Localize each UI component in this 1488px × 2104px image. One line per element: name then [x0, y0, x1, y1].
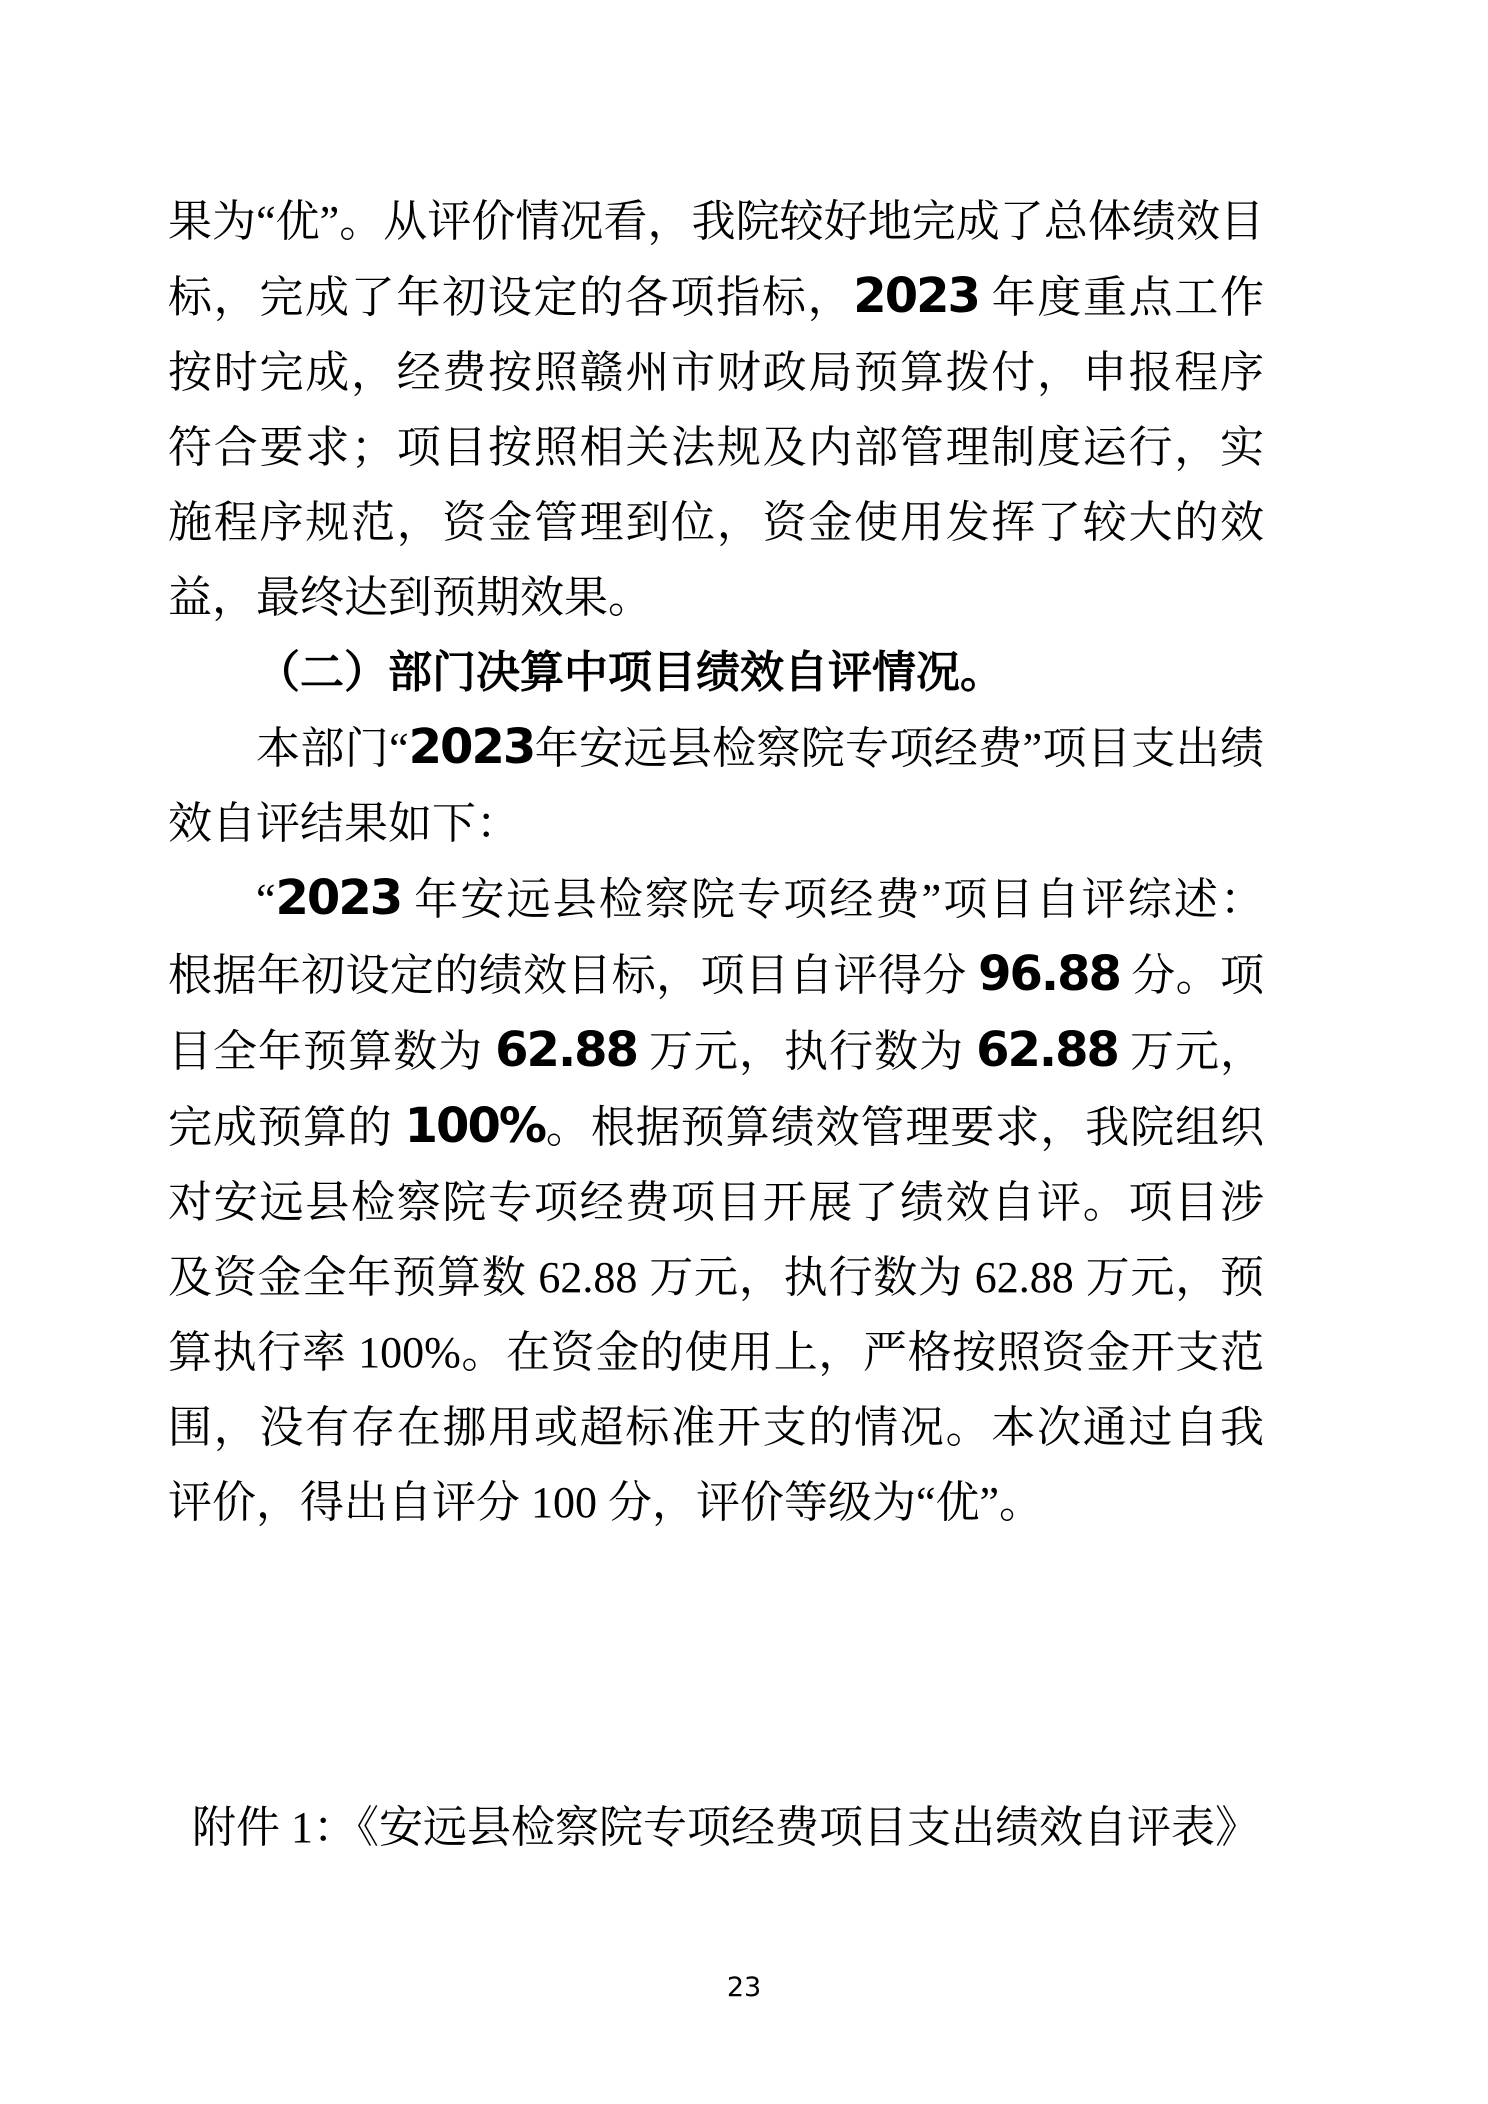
document-page: { "colors": { "background": "#ffffff", "… — [0, 0, 1488, 2104]
text-segment: 62.88 — [975, 1253, 1074, 1302]
text-segment: 万元，执行数为 — [637, 1027, 976, 1076]
text-segment: 分，评价等级为“优”。 — [597, 1478, 1043, 1527]
attachment-reference: 附件 1：《安远县检察院专项经费项目支出绩效自评表》 — [168, 1790, 1264, 1865]
text-segment: 1 — [291, 1803, 313, 1852]
paragraph-self-eval-intro: 本部门“2023年安远县检察院专项经费”项目支出绩效自评结果如下： — [168, 710, 1264, 861]
page-body-text: 果为“优”。从评价情况看，我院较好地完成了总体绩效目标，完成了年初设定的各项指标… — [168, 184, 1264, 1865]
text-segment: 万元，执行数为 — [637, 1253, 974, 1302]
text-segment: 附件 — [192, 1803, 291, 1852]
text-segment: 100 — [531, 1478, 597, 1527]
paragraph-overall-performance-summary: 果为“优”。从评价情况看，我院较好地完成了总体绩效目标，完成了年初设定的各项指标… — [168, 184, 1264, 635]
text-segment: （二）部门决算中项目绩效自评情况。 — [256, 648, 1004, 697]
text-segment: 62.88 — [976, 1022, 1118, 1078]
section-heading: （二）部门决算中项目绩效自评情况。 — [168, 635, 1264, 710]
text-segment: 本部门“ — [256, 724, 409, 773]
text-segment: 62.88 — [495, 1022, 637, 1078]
text-segment: 96.88 — [978, 946, 1120, 1002]
text-segment: 2023 — [853, 268, 979, 324]
text-segment: 100% — [405, 1098, 545, 1154]
text-segment: 2023 — [409, 719, 535, 775]
text-segment: 100% — [358, 1328, 461, 1377]
page-number: 23 — [0, 1972, 1488, 2003]
text-segment: 2023 — [276, 870, 402, 926]
text-segment: 年度重点工作按时完成，经费按照赣州市财政局预算拨付，申报程序符合要求；项目按照相… — [168, 273, 1264, 622]
text-segment: “ — [256, 875, 276, 924]
paragraph-self-eval-details: “2023 年安远县检察院专项经费”项目自评综述：根据年初设定的绩效目标，项目自… — [168, 861, 1264, 1540]
text-segment: 62.88 — [538, 1253, 637, 1302]
text-segment: ：《安远县检察院专项经费项目支出绩效自评表》 — [313, 1803, 1259, 1852]
